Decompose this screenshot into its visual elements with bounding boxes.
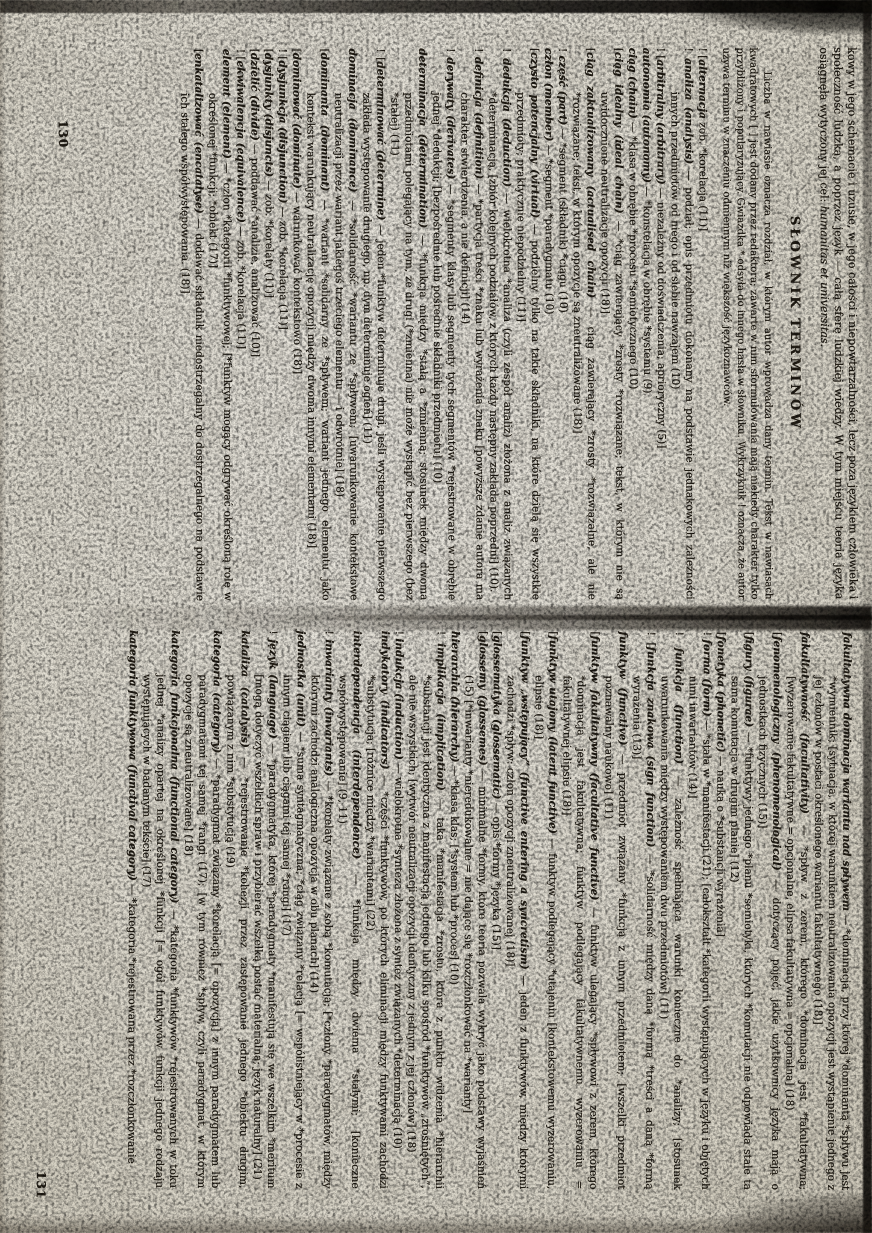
dictionary-entry: jednostka (unit) — *suma syntagmatyczna;… xyxy=(278,630,308,1188)
page-131: fakultatywna dominacja wariantu nad spły… xyxy=(0,616,872,1233)
entry-headword: ciąg (chain) xyxy=(626,48,638,119)
entry-headword: glossematyka (glossematic) xyxy=(490,635,503,799)
dictionary-entry: [ciąg idealny (ideal chain) — *ciąg zawi… xyxy=(597,48,626,600)
entry-headword: ekwiwalencja (equivalence) xyxy=(234,60,246,222)
entry-headword: fakultatywność (facultativity) xyxy=(798,632,811,814)
dictionary-entry: ! dedukcja (deduction) — wielokrotna *an… xyxy=(485,48,514,600)
dictionary-entry: ! [alternacja zob. *korelacja (11)] xyxy=(695,48,710,600)
entry-headword: analiza (analysis) xyxy=(682,58,694,164)
entry-headword: indukcja (induction) xyxy=(392,638,404,760)
dictionary-entry: ! funkcja (function) — zależność spełnia… xyxy=(656,632,686,1190)
entry-headword: funktyw utajony (latent functive) xyxy=(546,635,559,833)
dictionary-entry: ! indukcja (induction) — wielokrotna *sy… xyxy=(390,631,406,1189)
dictionary-entry: [czysto potencjalny (virtual) — podzieln… xyxy=(513,48,542,600)
dictionary-entry: człon (member) — *segment *paradygmatu (… xyxy=(541,48,556,600)
page-number-130: 130 xyxy=(56,120,71,148)
entry-headword: dedukcja (deduction) xyxy=(500,58,512,187)
dictionary-entry: element (element) — *człon *kategorii *f… xyxy=(205,49,234,601)
entry-headword: alternacja xyxy=(696,59,708,119)
dictionary-entry: determinacja (determination) — *funkcja … xyxy=(387,48,430,600)
scan-edge-bottom-right-corner xyxy=(722,1193,872,1233)
dictionary-entry: [funktyw „wstępujący” (functive entering… xyxy=(502,631,532,1189)
entry-headword: fonetyka (phonetic) xyxy=(714,636,726,753)
dictionary-entry: ! część (part) — *segment (składnik) *ci… xyxy=(555,48,570,600)
dictionary-entry: funktyw (functive) — przedmiot związany … xyxy=(600,631,630,1189)
entry-headword: czysto potencjalny (virtual) xyxy=(528,52,540,218)
dictionary-entry: [glossemy (glossemes) — minimalne *formy… xyxy=(460,631,490,1189)
entry-headword: forma (form) xyxy=(701,639,713,716)
dictionary-entry: [glossematyka (glossematic) — opis *form… xyxy=(488,631,504,1189)
dictionary-entry: [figury (figurae) — *funktywy jednego *p… xyxy=(726,632,756,1190)
scanned-book-spread: kowy w jego schemacie i uzusie, w jego c… xyxy=(0,0,872,1233)
dictionary-entry: ! [arbitralny (arbitrary) — niezależny o… xyxy=(653,48,668,600)
entry-headword: dzielić (divide) xyxy=(248,53,260,141)
entry-headword: inwarianty (invariants) xyxy=(322,639,334,776)
entry-headword: interdependencja (interdependence) xyxy=(350,631,363,859)
dictionary-entry: ! definicja (definition) — *partycja tre… xyxy=(457,48,486,600)
intro-paragraph: kowy w jego schemacie i uzusie, w jego c… xyxy=(816,47,859,599)
dictionary-entry: ! [funkcja znakowa (sign function) — *so… xyxy=(628,631,658,1189)
entry-headword: arbitralny (arbitrary) xyxy=(654,59,666,184)
dictionary-entry: [ciąg zaktualizowany (actualised chain) … xyxy=(569,48,598,600)
dictionary-entry: autonomia (autonomy) — *konstelacja w ob… xyxy=(639,48,654,600)
dictionary-entry: ! inwarianty (invariants) — *korelaty zw… xyxy=(306,630,336,1188)
dictionary-entry: ! forma (form) — *stała w *manifestacji … xyxy=(684,632,714,1190)
dictionary-entry: ciąg (chain) — *klasa w obrębie *procesu… xyxy=(625,48,640,600)
dictionary-entry: kataliza (catalysis) — *rejestrowanie *k… xyxy=(222,630,252,1188)
scan-edge-left xyxy=(0,0,6,1233)
entry-headword: dominować (dominate) xyxy=(290,53,302,189)
dictionary-entry: ! język (language) — *paradygmatyka, któ… xyxy=(250,630,280,1188)
entry-headword: fenomenologiczny (phenomenological) xyxy=(770,636,783,870)
scan-edge-top-right-corner xyxy=(682,0,872,34)
entry-headword: ciąg zaktualizowany (actualised chain) xyxy=(584,52,597,298)
dictionary-entry: [funktyw utajony (latent functive) — fun… xyxy=(530,631,560,1189)
section-heading: SŁOWNIK TERMINÓW xyxy=(786,47,802,599)
dictionary-entry: [dominanta (dominant) — *wariant *solida… xyxy=(303,48,332,600)
dictionary-entry: dominacja (dominance) — *solidarność *wa… xyxy=(331,48,360,600)
dictionary-entry: interdependencja (interdependence) — *fu… xyxy=(334,631,364,1189)
entry-headword: indykatory (indicators) xyxy=(378,631,390,770)
entry-headword: część (part) xyxy=(556,55,568,125)
dictionary-entry: [dominować (dominate) — warunkować konte… xyxy=(289,49,304,601)
entry-headword: implikacja (implication) xyxy=(434,643,446,791)
entry-headword: hierarchia (hierarchy) xyxy=(448,631,460,763)
entry-headword: enkatalizować (encatalyse) xyxy=(192,53,204,214)
entry-headword: determinować (determine) xyxy=(374,61,386,220)
dictionary-entry: indykatory (indicators) — *części *funkt… xyxy=(362,631,392,1189)
dictionary-entry: fakultatywność (facultativity) — *spływ … xyxy=(782,632,812,1190)
dictionary-entry: fakultatywna dominacja wariantu nad spły… xyxy=(810,632,854,1190)
entry-headword: determinacja (determination) xyxy=(416,48,428,228)
entry-headword: funktyw „wstępujący” (functive entering … xyxy=(518,635,531,969)
entry-headword: definicja (definition) xyxy=(472,57,484,179)
dictionary-entry: [funktyw fakultatywny (facultative funct… xyxy=(558,631,602,1189)
dictionary-entry: ! analiza (analysis) — podział; opis prz… xyxy=(667,48,696,600)
dictionary-entry: ! [determinować (determine) — jeden *fun… xyxy=(359,48,388,600)
dictionary-entry: kategoria (category) — *paradygmat związ… xyxy=(180,630,224,1188)
gutter-shadow-core xyxy=(230,615,872,620)
entry-headword: autonomia (autonomy) xyxy=(640,48,652,183)
entries-list-131: fakultatywna dominacja wariantu nad spły… xyxy=(124,630,854,1190)
entry-headword: funktyw (functive) xyxy=(617,631,629,745)
intro-latin-phrase: humanitas et universitas. xyxy=(818,206,831,347)
entry-headword: ciąg idealny (ideal chain) xyxy=(612,52,624,214)
entry-headword: dysjunkcja (disjunction) xyxy=(276,60,288,203)
entry-headword: dominanta (dominant) xyxy=(318,53,330,192)
dictionary-entry: kategoria funktywowa (functival category… xyxy=(124,630,140,1188)
entries-list-130: ! [alternacja zob. *korelacja (11)]! ana… xyxy=(177,48,710,601)
dictionary-entry: ! derywaty (derivates) — *segmenty klasy… xyxy=(429,48,458,600)
page-130: kowy w jego schemacie i uzusie, w jego c… xyxy=(0,0,872,616)
entry-headword: fakultatywna dominacja wariantu nad spły… xyxy=(840,632,853,911)
dictionary-entry: [enkatalizować (encatalyse) — dodawać sk… xyxy=(177,49,206,601)
entry-headword: kategoria funktywowa (functival category… xyxy=(126,630,139,881)
entry-headword: dysjunkty (disjuncts) xyxy=(262,53,274,177)
entry-headword: kategoria funkcjonalna (functional categ… xyxy=(168,630,181,903)
dictionary-entry: ! [dysjunkcja (disjunction) — zob. *kore… xyxy=(275,49,290,601)
dictionary-entry: ! [ekwiwalencja (equivalence) — zob. *ko… xyxy=(233,49,248,601)
entry-headword: derywaty (derivates) xyxy=(444,57,456,179)
entry-headword: język (language) xyxy=(267,639,279,738)
dictionary-entry: ! implikacja (implication) — taka *manif… xyxy=(404,631,448,1189)
entry-headword: dominacja (dominance) xyxy=(346,48,358,192)
page-131-text-block: fakultatywna dominacja wariantu nad spły… xyxy=(124,630,854,1190)
entry-headword: kategoria (category) xyxy=(210,630,222,753)
entry-headword: funkcja znakowa (sign function) xyxy=(644,646,657,847)
scan-edge-right xyxy=(863,0,872,1233)
dictionary-entry: [fonetyka (phonetic) — nauka o *substanc… xyxy=(712,632,728,1190)
entry-headword: kataliza (catalysis) xyxy=(239,630,251,748)
page-number-131: 131 xyxy=(34,1171,48,1199)
entry-headword: element (element) xyxy=(220,49,232,159)
entry-headword: człon (member) xyxy=(542,48,554,142)
entry-headword: funkcja (function) xyxy=(672,648,684,764)
dictionary-entry: [dysjunkty (disjuncts) — zob. *korelaty … xyxy=(261,49,276,601)
entry-headword: funktyw fakultatywny (facultative functi… xyxy=(588,635,601,900)
dictionary-entry: [fenomenologiczny (phenomenological) — d… xyxy=(754,632,784,1190)
dictionary-entry: kategoria funkcjonalna (functional categ… xyxy=(138,630,182,1188)
entry-headword: figury (figurae) xyxy=(743,636,755,727)
page-130-text-block: kowy w jego schemacie i uzusie, w jego c… xyxy=(177,47,860,601)
entry-headword: glossemy (glossemes) xyxy=(476,635,488,765)
dictionary-entry: [dzielić (divide) — poddawać *analizie, … xyxy=(247,49,262,601)
entry-headword: jednostka (unit) xyxy=(295,630,307,727)
editor-note: Liczba w nawiasie oznacza rozdział, w kt… xyxy=(719,47,775,599)
